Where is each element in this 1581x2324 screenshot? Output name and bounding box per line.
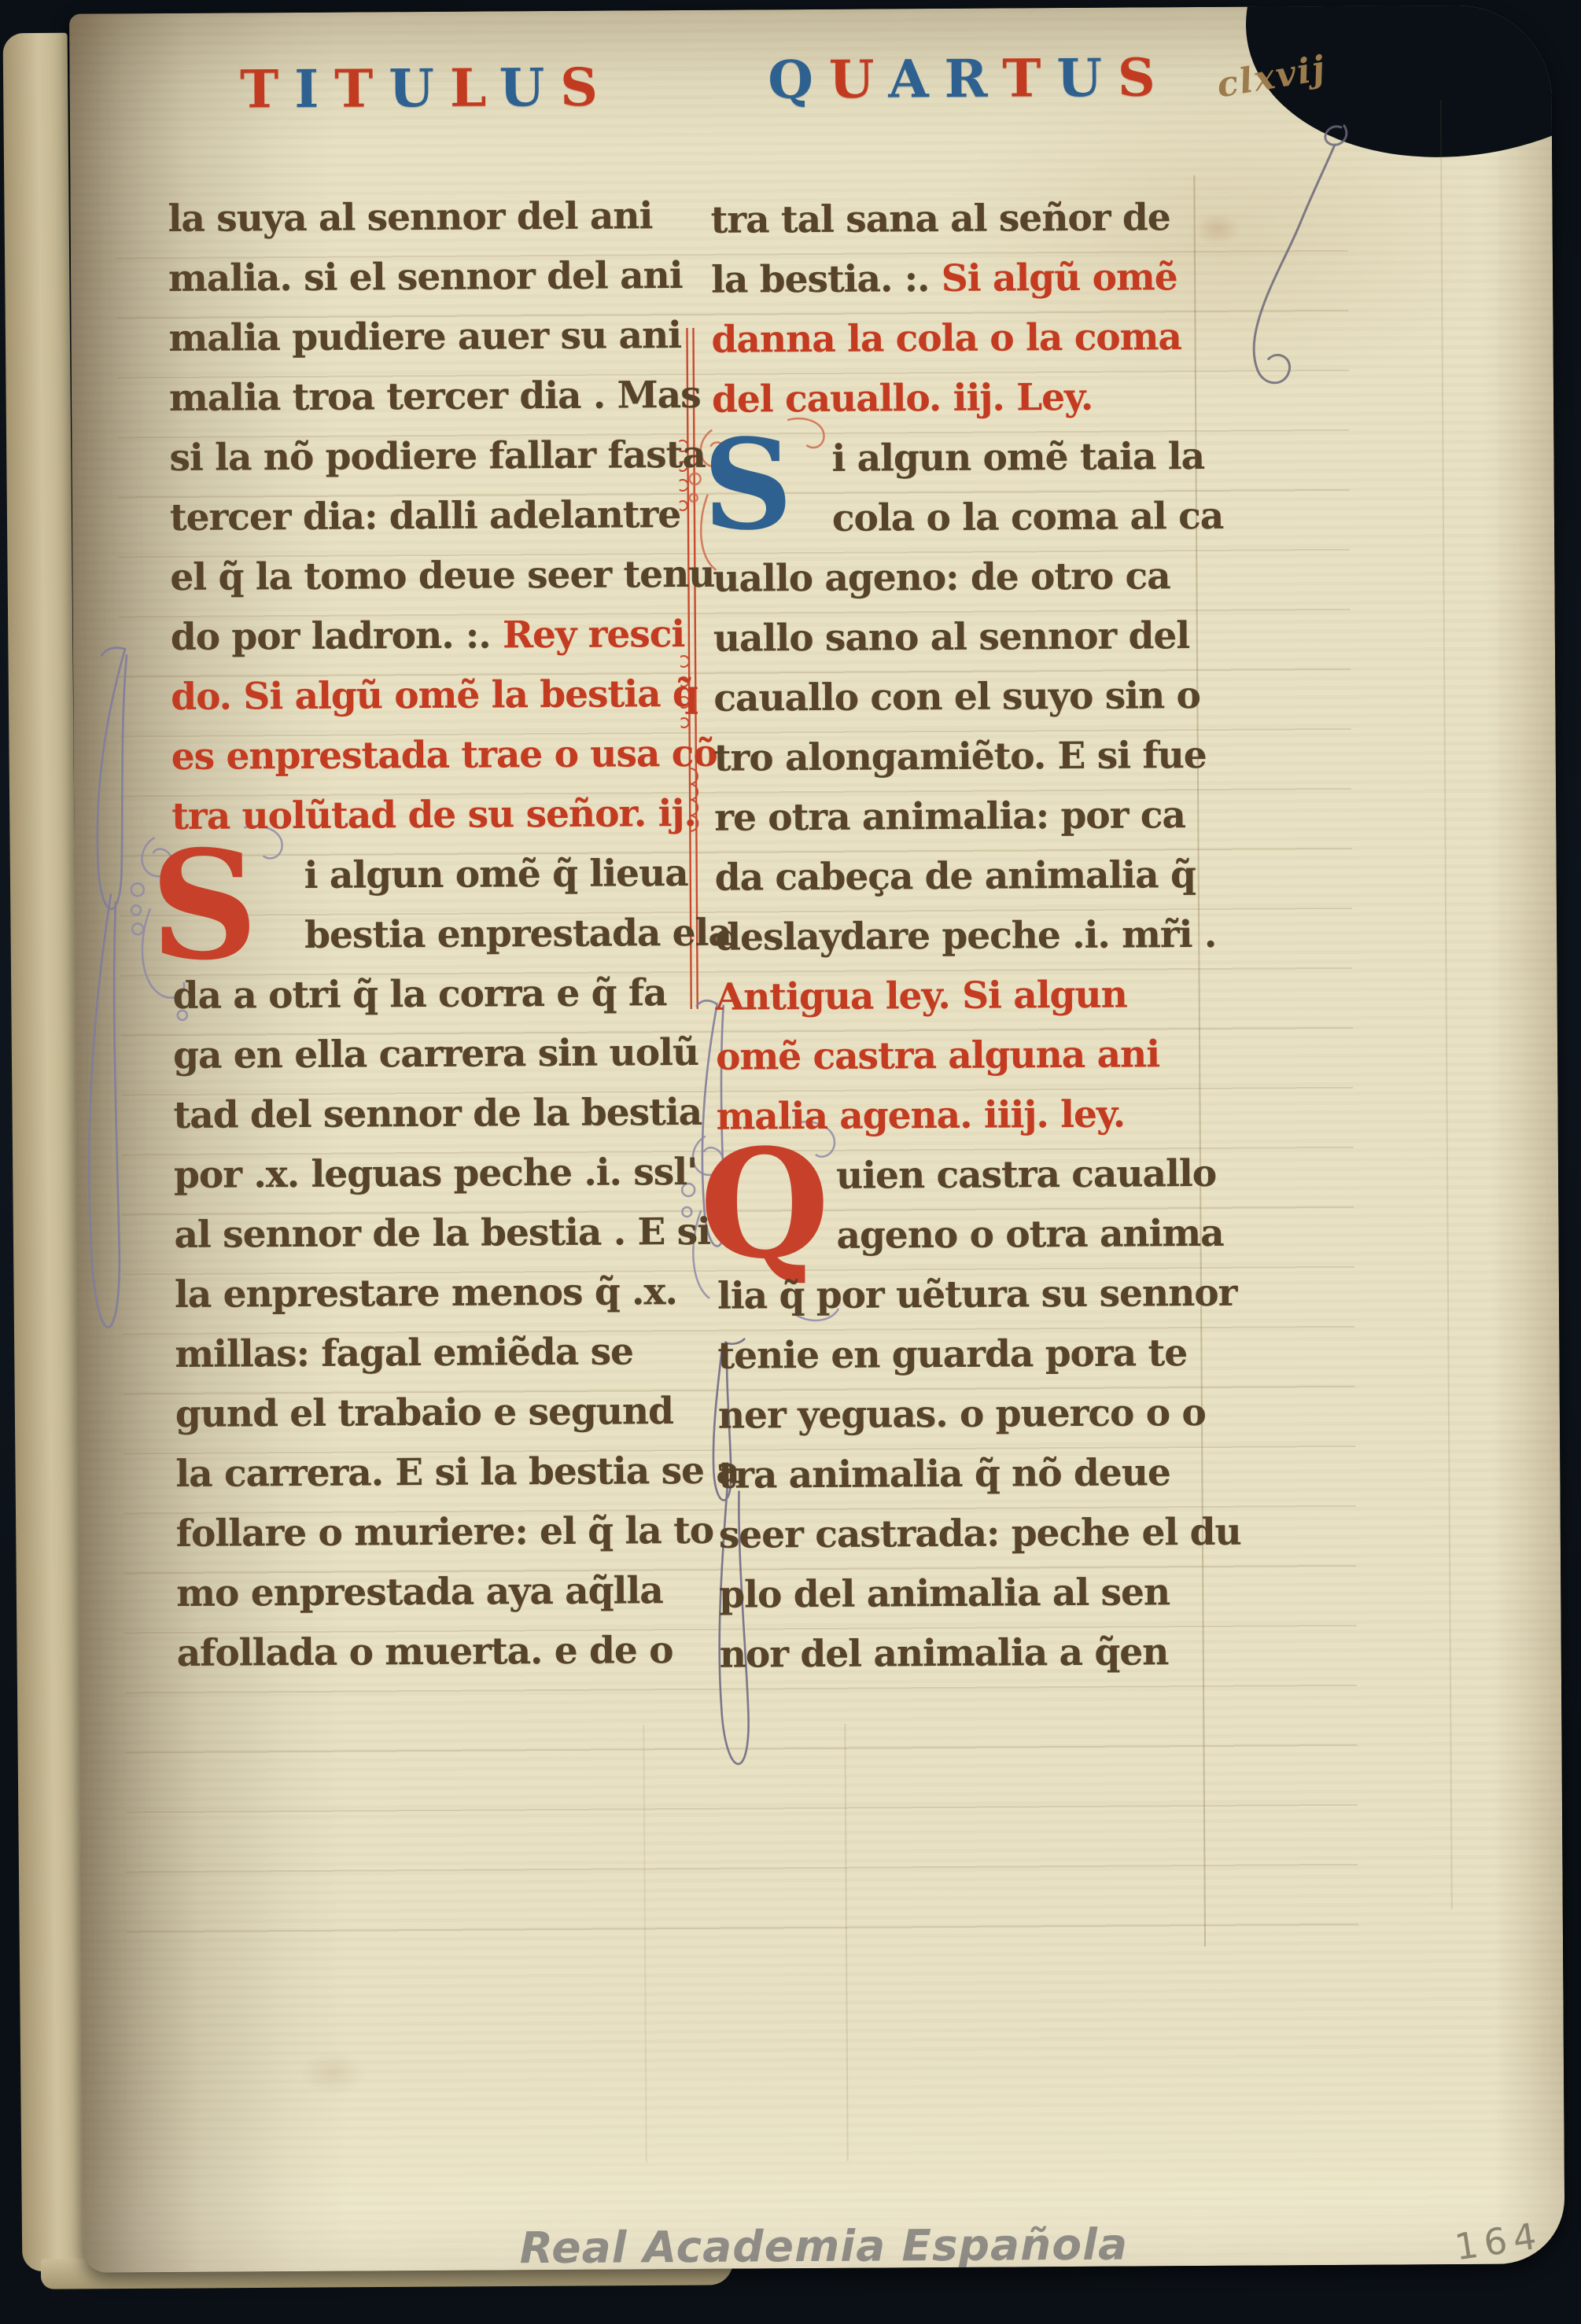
manuscript-line: el q̃ la tomo deue seer tenu bbox=[170, 545, 713, 608]
manuscript-line: tad del sennor de la bestia bbox=[173, 1083, 716, 1146]
text-segment: Si algũ omẽ bbox=[929, 256, 1177, 300]
text-column-right: tra tal sana al señor dela bestia. :. Si… bbox=[710, 188, 1262, 1685]
title-letter: T bbox=[240, 58, 295, 120]
text-segment: uallo sano al sennor del bbox=[713, 614, 1190, 661]
text-segment: da cabeça de animalia q̃ bbox=[715, 853, 1196, 900]
margin-flourish-left bbox=[75, 643, 151, 1508]
running-title-titulus: TITULUS bbox=[162, 56, 691, 127]
manuscript-line: omẽ castra alguna ani bbox=[716, 1025, 1259, 1088]
text-segment: cola o la coma al ca bbox=[832, 495, 1224, 540]
text-segment: nor del animalia a q̃en bbox=[720, 1630, 1169, 1676]
text-segment: es enprestada trae o usa cõ bbox=[171, 732, 717, 779]
text-segment: la suya al sennor del ani bbox=[168, 194, 652, 241]
manuscript-line: uallo sano al sennor del bbox=[713, 606, 1256, 669]
text-segment: malia. si el sennor del ani bbox=[168, 254, 683, 300]
text-segment: i algun omẽ taia la bbox=[831, 435, 1204, 481]
text-segment: al sennor de la bestia . E si bbox=[174, 1210, 710, 1257]
text-segment: afollada o muerta. e de o bbox=[177, 1629, 673, 1675]
title-letter: U bbox=[829, 48, 889, 109]
manuscript-line: al sennor de la bestia . E si bbox=[174, 1203, 717, 1265]
text-segment: bestia enprestada ela bbox=[304, 912, 732, 957]
manuscript-page: TITULUS QUARTUS clxvij bbox=[69, 5, 1565, 2272]
text-segment: mo enprestada aya aq̃lla bbox=[176, 1569, 663, 1615]
manuscript-line: si la nõ podiere fallar fasta bbox=[169, 425, 712, 488]
title-letter: T bbox=[1002, 47, 1057, 109]
manuscript-line: malia troa tercer dia . Mas bbox=[169, 366, 712, 429]
manuscript-line: cauallo con el suyo sin o bbox=[713, 666, 1256, 729]
text-segment: tercer dia: dalli adelantre bbox=[170, 493, 681, 540]
text-segment: tra uolũtad de su señor. ij. bbox=[171, 792, 696, 838]
text-segment: uallo ageno: de otro ca bbox=[713, 554, 1170, 601]
manuscript-line: do. Si algũ omẽ la bestia q̃ bbox=[171, 665, 713, 727]
manuscript-line: es enprestada trae o usa cõ bbox=[171, 724, 714, 787]
manuscript-line: da cabeça de animalia q̃ bbox=[715, 845, 1258, 908]
manuscript-line: malia pudiere auer su ani bbox=[168, 306, 711, 369]
text-segment: re otra animalia: por ca bbox=[714, 794, 1185, 840]
manuscript-line: ga en ella carrera sin uolũ bbox=[173, 1023, 716, 1086]
manuscript-line: plo del animalia al sen bbox=[719, 1563, 1262, 1626]
text-segment: tro alongamiẽto. E si fue bbox=[714, 734, 1207, 780]
manuscript-line: malia. si el sennor del ani bbox=[168, 246, 711, 309]
text-segment: la carrera. E si la bestia se a bbox=[175, 1449, 739, 1496]
manuscript-line: do por ladron. :. Rey resci bbox=[171, 605, 713, 668]
text-segment: del cauallo. iij. Ley. bbox=[712, 376, 1093, 422]
title-letter: U bbox=[389, 57, 450, 119]
text-segment: seer castrada: peche el du bbox=[719, 1511, 1241, 1557]
text-segment: omẽ castra alguna ani bbox=[716, 1033, 1159, 1078]
text-segment: millas: fagal emiẽda se bbox=[175, 1330, 633, 1376]
text-segment: Rey resci bbox=[490, 613, 684, 657]
text-segment: Antigua ley. Si algun bbox=[716, 974, 1127, 1019]
text-segment: do. Si algũ omẽ la bestia q̃ bbox=[171, 672, 698, 719]
vertical-ruling bbox=[1440, 100, 1453, 1909]
title-letter: R bbox=[944, 48, 1002, 109]
text-segment: tad del sennor de la bestia bbox=[173, 1091, 702, 1137]
text-segment: malia pudiere auer su ani bbox=[168, 314, 681, 360]
manuscript-line: la bestia. :. Si algũ omẽ bbox=[711, 248, 1254, 311]
text-segment: i algun omẽ q̃ lieua bbox=[304, 852, 688, 897]
manuscript-line: ageno o otra anima bbox=[717, 1204, 1259, 1267]
text-segment: tra tal sana al señor de bbox=[710, 196, 1170, 242]
title-letter: Q bbox=[768, 49, 829, 110]
manuscript-line: follare o muriere: el q̃ la to bbox=[176, 1501, 719, 1564]
manuscript-line: gund el trabaio e segund bbox=[175, 1382, 718, 1445]
manuscript-line: Antigua ley. Si algun bbox=[715, 965, 1258, 1028]
manuscript-line: nor del animalia a q̃en bbox=[720, 1622, 1262, 1685]
manuscript-line: afollada o muerta. e de o bbox=[177, 1621, 720, 1684]
manuscript-line: da a otri q̃ la corra e q̃ fa bbox=[172, 963, 715, 1026]
text-segment: do por ladron. :. bbox=[171, 613, 491, 658]
manuscript-line: la suya al sennor del ani bbox=[168, 186, 710, 249]
manuscript-line: i algun omẽ q̃ lieua bbox=[171, 844, 714, 907]
text-segment: ageno o otra anima bbox=[836, 1212, 1223, 1258]
manuscript-line: tercer dia: dalli adelantre bbox=[170, 485, 713, 548]
manuscript-line: i algun omẽ taia la bbox=[712, 427, 1255, 490]
text-segment: follare o muriere: el q̃ la to bbox=[176, 1509, 714, 1556]
running-title-quartus: QUARTUS bbox=[705, 46, 1234, 117]
manuscript-line: tra animalia q̃ nõ deue bbox=[718, 1443, 1261, 1506]
photo-background: TITULUS QUARTUS clxvij bbox=[0, 0, 1581, 2324]
manuscript-line: lia q̃ por uẽtura su sennor bbox=[717, 1264, 1260, 1327]
text-segment: cauallo con el suyo sin o bbox=[713, 674, 1200, 720]
text-segment: da a otri q̃ la corra e q̃ fa bbox=[172, 971, 666, 1018]
manuscript-line: cola o la coma al ca bbox=[713, 487, 1255, 550]
title-letter: S bbox=[560, 57, 614, 118]
manuscript-line: bestia enprestada ela bbox=[172, 904, 715, 967]
manuscript-line: ner yeguas. o puerco o o bbox=[718, 1383, 1261, 1446]
manuscript-line: uallo ageno: de otro ca bbox=[713, 547, 1255, 610]
text-column-left: la suya al sennor del animalia. si el se… bbox=[168, 186, 720, 1684]
manuscript-line: seer castrada: peche el du bbox=[719, 1503, 1262, 1566]
text-segment: deslaydare peche .i. mr̃i . bbox=[715, 913, 1216, 959]
text-segment: danna la cola o la coma bbox=[711, 315, 1181, 362]
manuscript-line: tro alongamiẽto. E si fue bbox=[714, 726, 1257, 789]
manuscript-line: la enprestare menos q̃ .x. bbox=[175, 1262, 717, 1325]
text-segment: tenie en guarda pora te bbox=[717, 1331, 1187, 1378]
manuscript-line: tenie en guarda pora te bbox=[717, 1324, 1260, 1387]
title-letter: A bbox=[888, 48, 945, 109]
manuscript-line: deslaydare peche .i. mr̃i . bbox=[715, 905, 1258, 968]
manuscript-line: por .x. leguas peche .i. ssl' bbox=[174, 1143, 717, 1206]
text-segment: si la nõ podiere fallar fasta bbox=[169, 433, 706, 480]
manuscript-line: tra tal sana al señor de bbox=[710, 188, 1253, 251]
manuscript-line: millas: fagal emiẽda se bbox=[175, 1322, 717, 1385]
title-letter: U bbox=[1056, 47, 1118, 109]
text-segment: lia q̃ por uẽtura su sennor bbox=[717, 1272, 1237, 1318]
text-segment: por .x. leguas peche .i. ssl' bbox=[174, 1151, 698, 1197]
title-letter: L bbox=[450, 57, 499, 118]
title-letter: U bbox=[499, 57, 560, 118]
manuscript-line: uien castra cauallo bbox=[717, 1144, 1259, 1207]
text-segment: el q̃ la tomo deue seer tenu bbox=[170, 553, 714, 599]
text-segment: la enprestare menos q̃ .x. bbox=[175, 1270, 677, 1317]
text-segment: gund el trabaio e segund bbox=[175, 1390, 673, 1436]
text-segment: tra animalia q̃ nõ deue bbox=[718, 1451, 1170, 1497]
text-segment: uien castra cauallo bbox=[836, 1152, 1216, 1198]
manuscript-line: tra uolũtad de su señor. ij. bbox=[171, 784, 714, 847]
text-segment: malia agena. iiij. ley. bbox=[716, 1093, 1125, 1139]
text-segment: malia troa tercer dia . Mas bbox=[169, 374, 701, 420]
library-watermark: Real Academia Española bbox=[83, 2216, 1564, 2273]
text-segment: la bestia. :. bbox=[711, 257, 930, 302]
title-letter: S bbox=[1118, 46, 1171, 108]
manuscript-line: danna la cola o la coma bbox=[711, 308, 1254, 370]
manuscript-line: mo enprestada aya aq̃lla bbox=[176, 1561, 719, 1624]
manuscript-line: malia agena. iiij. ley. bbox=[716, 1085, 1259, 1147]
title-letter: I bbox=[294, 58, 334, 120]
text-segment: ga en ella carrera sin uolũ bbox=[173, 1031, 698, 1077]
manuscript-line: re otra animalia: por ca bbox=[714, 786, 1257, 849]
text-segment: plo del animalia al sen bbox=[719, 1571, 1170, 1616]
manuscript-line: del cauallo. iij. Ley. bbox=[712, 367, 1255, 430]
title-letter: T bbox=[334, 57, 389, 119]
text-segment: ner yeguas. o puerco o o bbox=[718, 1391, 1206, 1438]
manuscript-line: la carrera. E si la bestia se a bbox=[175, 1442, 718, 1505]
